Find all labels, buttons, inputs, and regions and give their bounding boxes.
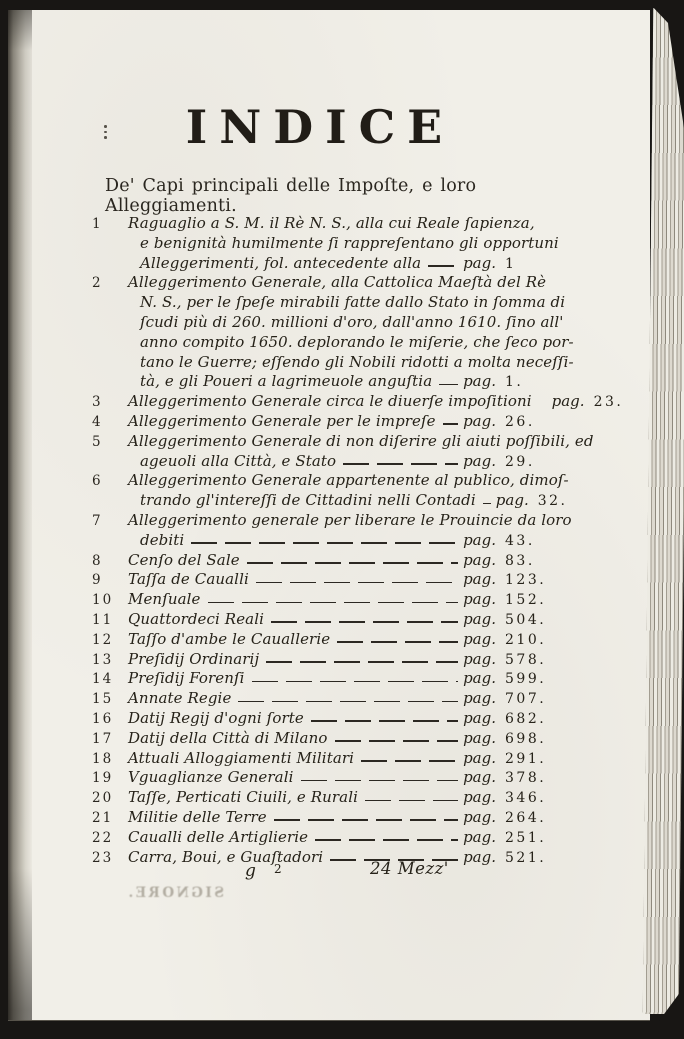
index-entry-line: e benignità humilmente ſi rappreſentano …: [92, 234, 556, 254]
entry-text: Militie delle Terre: [128, 808, 267, 828]
pag-label: pag.: [463, 808, 496, 828]
pag-label: pag.: [552, 392, 585, 412]
index-entry-line: 10Menſualepag.152.: [92, 590, 556, 610]
pag-label: pag.: [463, 452, 496, 472]
pag-label: pag.: [496, 491, 529, 511]
index-entry-line: tano le Guerre; eſſendo gli Nobili ridot…: [92, 353, 556, 373]
entry-number: 3: [92, 393, 128, 413]
index-entry-line: 20Taſſe, Perticati Ciuili, e Ruralipag.3…: [92, 788, 556, 808]
entry-number: 4: [92, 413, 128, 433]
entry-text: tano le Guerre; eſſendo gli Nobili ridot…: [128, 353, 574, 373]
pag-label: pag.: [463, 610, 496, 630]
entry-page-number: 123.: [498, 571, 556, 591]
leader-dashes: [208, 590, 459, 610]
index-entry-line: 23Carra, Boui, e Guaſtadoripag.521.: [92, 848, 556, 868]
entry-text: Vguaglianze Generali: [128, 768, 294, 788]
index-entry-line: Alleggerimenti, fol. antecedente allapag…: [92, 254, 556, 274]
entry-text: Alleggerimento Generale, alla Cattolica …: [128, 273, 546, 293]
entry-page-number: 521.: [498, 849, 556, 869]
index-entry-line: 13Preſidij Ordinarijpag.578.: [92, 650, 556, 670]
leader-dashes: [483, 491, 491, 511]
index-entry-line: N. S., per le ſpeſe mirabili fatte dallo…: [92, 293, 556, 313]
index-entry-line: 22Caualli delle Artiglieriepag.251.: [92, 828, 556, 848]
entry-text: Raguaglio a S. M. il Rè N. S., alla cui …: [128, 214, 535, 234]
pag-label: pag.: [463, 828, 496, 848]
signature-number: 2: [274, 862, 282, 876]
entry-number: 10: [92, 591, 128, 611]
index-entry-line: 8Cenſo del Salepag.83.: [92, 551, 556, 571]
entry-text: anno compito 1650. deplorando le miſerie…: [128, 333, 574, 353]
entry-page-number: 682.: [498, 710, 556, 730]
leader-dashes: [428, 254, 458, 274]
leader-dashes: [361, 749, 458, 769]
leader-dashes: [274, 808, 458, 828]
index-entry-line: 4Alleggerimento Generale per le impreſep…: [92, 412, 556, 432]
pag-label: pag.: [463, 689, 496, 709]
entry-text: Datij della Città di Milano: [128, 729, 328, 749]
entry-number: 14: [92, 670, 128, 690]
leader-dashes: [266, 650, 458, 670]
leader-dashes: [191, 531, 458, 551]
index-entry-line: 15Annate Regiepag.707.: [92, 689, 556, 709]
entry-text: ageuoli alla Città, e Stato: [128, 452, 336, 472]
index-entry-line: debitipag.43.: [92, 531, 556, 551]
entry-text: Alleggerimento Generale per le impreſe: [128, 412, 436, 432]
entry-text: Attuali Alloggiamenti Militari: [128, 749, 354, 769]
entry-page-number: 291.: [498, 750, 556, 770]
index-entry-line: anno compito 1650. deplorando le miſerie…: [92, 333, 556, 353]
pag-label: pag.: [463, 768, 496, 788]
book-scan: INDICE De' Capi principali delle Impoſte…: [0, 0, 684, 1039]
entry-text: tà, e gli Poueri a lagrimeuole anguſtia: [128, 372, 432, 392]
entry-page-number: 43.: [498, 532, 556, 552]
entry-number: 12: [92, 631, 128, 651]
entry-text: Annate Regie: [128, 689, 231, 709]
entry-number: 1: [92, 215, 128, 235]
entry-number: 5: [92, 433, 128, 453]
entry-number: 9: [92, 571, 128, 591]
index-entry-line: 3Alleggerimento Generale circa le diuerſ…: [92, 392, 556, 412]
entry-number: 21: [92, 809, 128, 829]
pag-label: pag.: [463, 669, 496, 689]
leader-dashes: [256, 570, 458, 590]
entry-text: Cenſo del Sale: [128, 551, 240, 571]
catchword: 24 Mezz': [370, 859, 449, 878]
leader-dashes: [343, 452, 458, 472]
gutter-shadow: [8, 10, 32, 1020]
pag-label: pag.: [463, 788, 496, 808]
pag-label: pag.: [463, 650, 496, 670]
entry-page-number: 83.: [498, 552, 556, 572]
index-entry-line: 19Vguaglianze Generalipag.378.: [92, 768, 556, 788]
leader-dashes: [238, 689, 458, 709]
leader-dashes: [337, 630, 458, 650]
index-list: 1Raguaglio a S. M. il Rè N. S., alla cui…: [92, 214, 556, 867]
pag-label: pag.: [463, 630, 496, 650]
entry-number: 22: [92, 829, 128, 849]
index-entry-line: tà, e gli Poueri a lagrimeuole anguſtiap…: [92, 372, 556, 392]
index-entry-line: 7Alleggerimento generale per liberare le…: [92, 511, 556, 531]
entry-page-number: 599.: [498, 670, 556, 690]
leader-dashes: [315, 828, 458, 848]
entry-text: Alleggerimenti, fol. antecedente alla: [128, 254, 421, 274]
entry-text: Preſidij Ordinarij: [128, 650, 259, 670]
book-page: INDICE De' Capi principali delle Impoſte…: [8, 10, 650, 1022]
entry-page-number: 152.: [498, 591, 556, 611]
scan-bottom-bar: [0, 1021, 684, 1039]
entry-text: ſcudi più di 260. millioni d'oro, dall'a…: [128, 313, 564, 333]
pag-label: pag.: [463, 551, 496, 571]
entry-page-number: 698.: [498, 730, 556, 750]
entry-text: Menſuale: [128, 590, 201, 610]
leader-dashes: [443, 412, 458, 432]
entry-text: debiti: [128, 531, 184, 551]
index-entry-line: 12Taſſo d'ambe le Caualleriepag.210.: [92, 630, 556, 650]
entry-number: 11: [92, 611, 128, 631]
entry-number: 23: [92, 849, 128, 869]
entry-number: 20: [92, 789, 128, 809]
entry-text: Preſidij Forenſi: [128, 669, 245, 689]
index-entry-line: 11Quattordeci Realipag.504.: [92, 610, 556, 630]
index-entry-line: 14Preſidij Forenſipag.599.: [92, 669, 556, 689]
entry-page-number: 1.: [498, 373, 556, 393]
index-entry-line: 16Datij Regij d'ogni ſortepag.682.: [92, 709, 556, 729]
pag-label: pag.: [463, 749, 496, 769]
entry-text: e benignità humilmente ſi rappreſentano …: [128, 234, 559, 254]
leader-dashes: [335, 729, 459, 749]
entry-text: Caualli delle Artiglierie: [128, 828, 308, 848]
index-entry-line: 6Alleggerimento Generale appartenente al…: [92, 471, 556, 491]
pag-label: pag.: [463, 848, 496, 868]
entry-page-number: 251.: [498, 829, 556, 849]
entry-number: 15: [92, 690, 128, 710]
page-subtitle: De' Capi principali delle Impoſte, e lor…: [105, 176, 565, 216]
entry-number: 2: [92, 274, 128, 294]
index-entry-line: ageuoli alla Città, e Statopag.29.: [92, 452, 556, 472]
entry-text: Carra, Boui, e Guaſtadori: [128, 848, 323, 868]
entry-number: 6: [92, 472, 128, 492]
entry-number: 17: [92, 730, 128, 750]
entry-text: N. S., per le ſpeſe mirabili fatte dallo…: [128, 293, 565, 313]
pag-label: pag.: [463, 372, 496, 392]
leader-dashes: [439, 372, 458, 392]
index-entry-line: 17Datij della Città di Milanopag.698.: [92, 729, 556, 749]
entry-text: Alleggerimento Generale appartenente al …: [128, 471, 569, 491]
leader-dashes: [252, 669, 458, 689]
pag-label: pag.: [463, 709, 496, 729]
signature-mark: g: [245, 861, 256, 881]
entry-number: 7: [92, 512, 128, 532]
index-entry-line: trando gl'intereſſi de Cittadini nelli C…: [92, 491, 556, 511]
leader-dashes: [301, 768, 459, 788]
entry-text: Alleggerimento generale per liberare le …: [128, 511, 572, 531]
entry-number: 19: [92, 769, 128, 789]
entry-page-number: 264.: [498, 809, 556, 829]
leader-dashes: [247, 551, 458, 571]
pag-label: pag.: [463, 729, 496, 749]
entry-number: 8: [92, 552, 128, 572]
entry-page-number: 378.: [498, 769, 556, 789]
entry-page-number: 32.: [531, 492, 589, 512]
entry-page-number: 26.: [498, 413, 556, 433]
entry-page-number: 29.: [498, 453, 556, 473]
pag-label: pag.: [463, 531, 496, 551]
index-entry-line: 21Militie delle Terrepag.264.: [92, 808, 556, 828]
pag-label: pag.: [463, 570, 496, 590]
index-entry-line: 1Raguaglio a S. M. il Rè N. S., alla cui…: [92, 214, 556, 234]
index-entry-line: 9Taſſa de Cauallipag.123.: [92, 570, 556, 590]
entry-text: Taſſo d'ambe le Cauallerie: [128, 630, 330, 650]
pag-label: pag.: [463, 412, 496, 432]
index-entry-line: 2Alleggerimento Generale, alla Cattolica…: [92, 273, 556, 293]
leader-dashes: [271, 610, 458, 630]
entry-text: trando gl'intereſſi de Cittadini nelli C…: [128, 491, 476, 511]
page-title: INDICE: [92, 100, 536, 154]
entry-text: Taſſa de Caualli: [128, 570, 249, 590]
pag-label: pag.: [463, 254, 496, 274]
entry-page-number: 707.: [498, 690, 556, 710]
entry-text: Quattordeci Reali: [128, 610, 264, 630]
showthrough-text: SIGNORE.: [126, 885, 224, 901]
index-entry-line: 18Attuali Alloggiamenti Militaripag.291.: [92, 749, 556, 769]
index-entry-line: 5Alleggerimento Generale di non diſerire…: [92, 432, 556, 452]
entry-page-number: 578.: [498, 651, 556, 671]
entry-page-number: 504.: [498, 611, 556, 631]
entry-number: 16: [92, 710, 128, 730]
entry-text: Alleggerimento Generale di non diſerire …: [128, 432, 594, 452]
leader-dashes: [365, 788, 458, 808]
entry-number: 18: [92, 750, 128, 770]
pag-label: pag.: [463, 590, 496, 610]
leader-dashes: [539, 392, 547, 412]
leader-dashes: [311, 709, 458, 729]
index-entry-line: ſcudi più di 260. millioni d'oro, dall'a…: [92, 313, 556, 333]
entry-page-number: 210.: [498, 631, 556, 651]
entry-page-number: 23.: [587, 393, 645, 413]
entry-text: Taſſe, Perticati Ciuili, e Rurali: [128, 788, 358, 808]
entry-page-number: 1: [498, 255, 556, 275]
entry-page-number: 346.: [498, 789, 556, 809]
entry-text: Datij Regij d'ogni ſorte: [128, 709, 304, 729]
entry-number: 13: [92, 651, 128, 671]
entry-text: Alleggerimento Generale circa le diuerſe…: [128, 392, 532, 412]
